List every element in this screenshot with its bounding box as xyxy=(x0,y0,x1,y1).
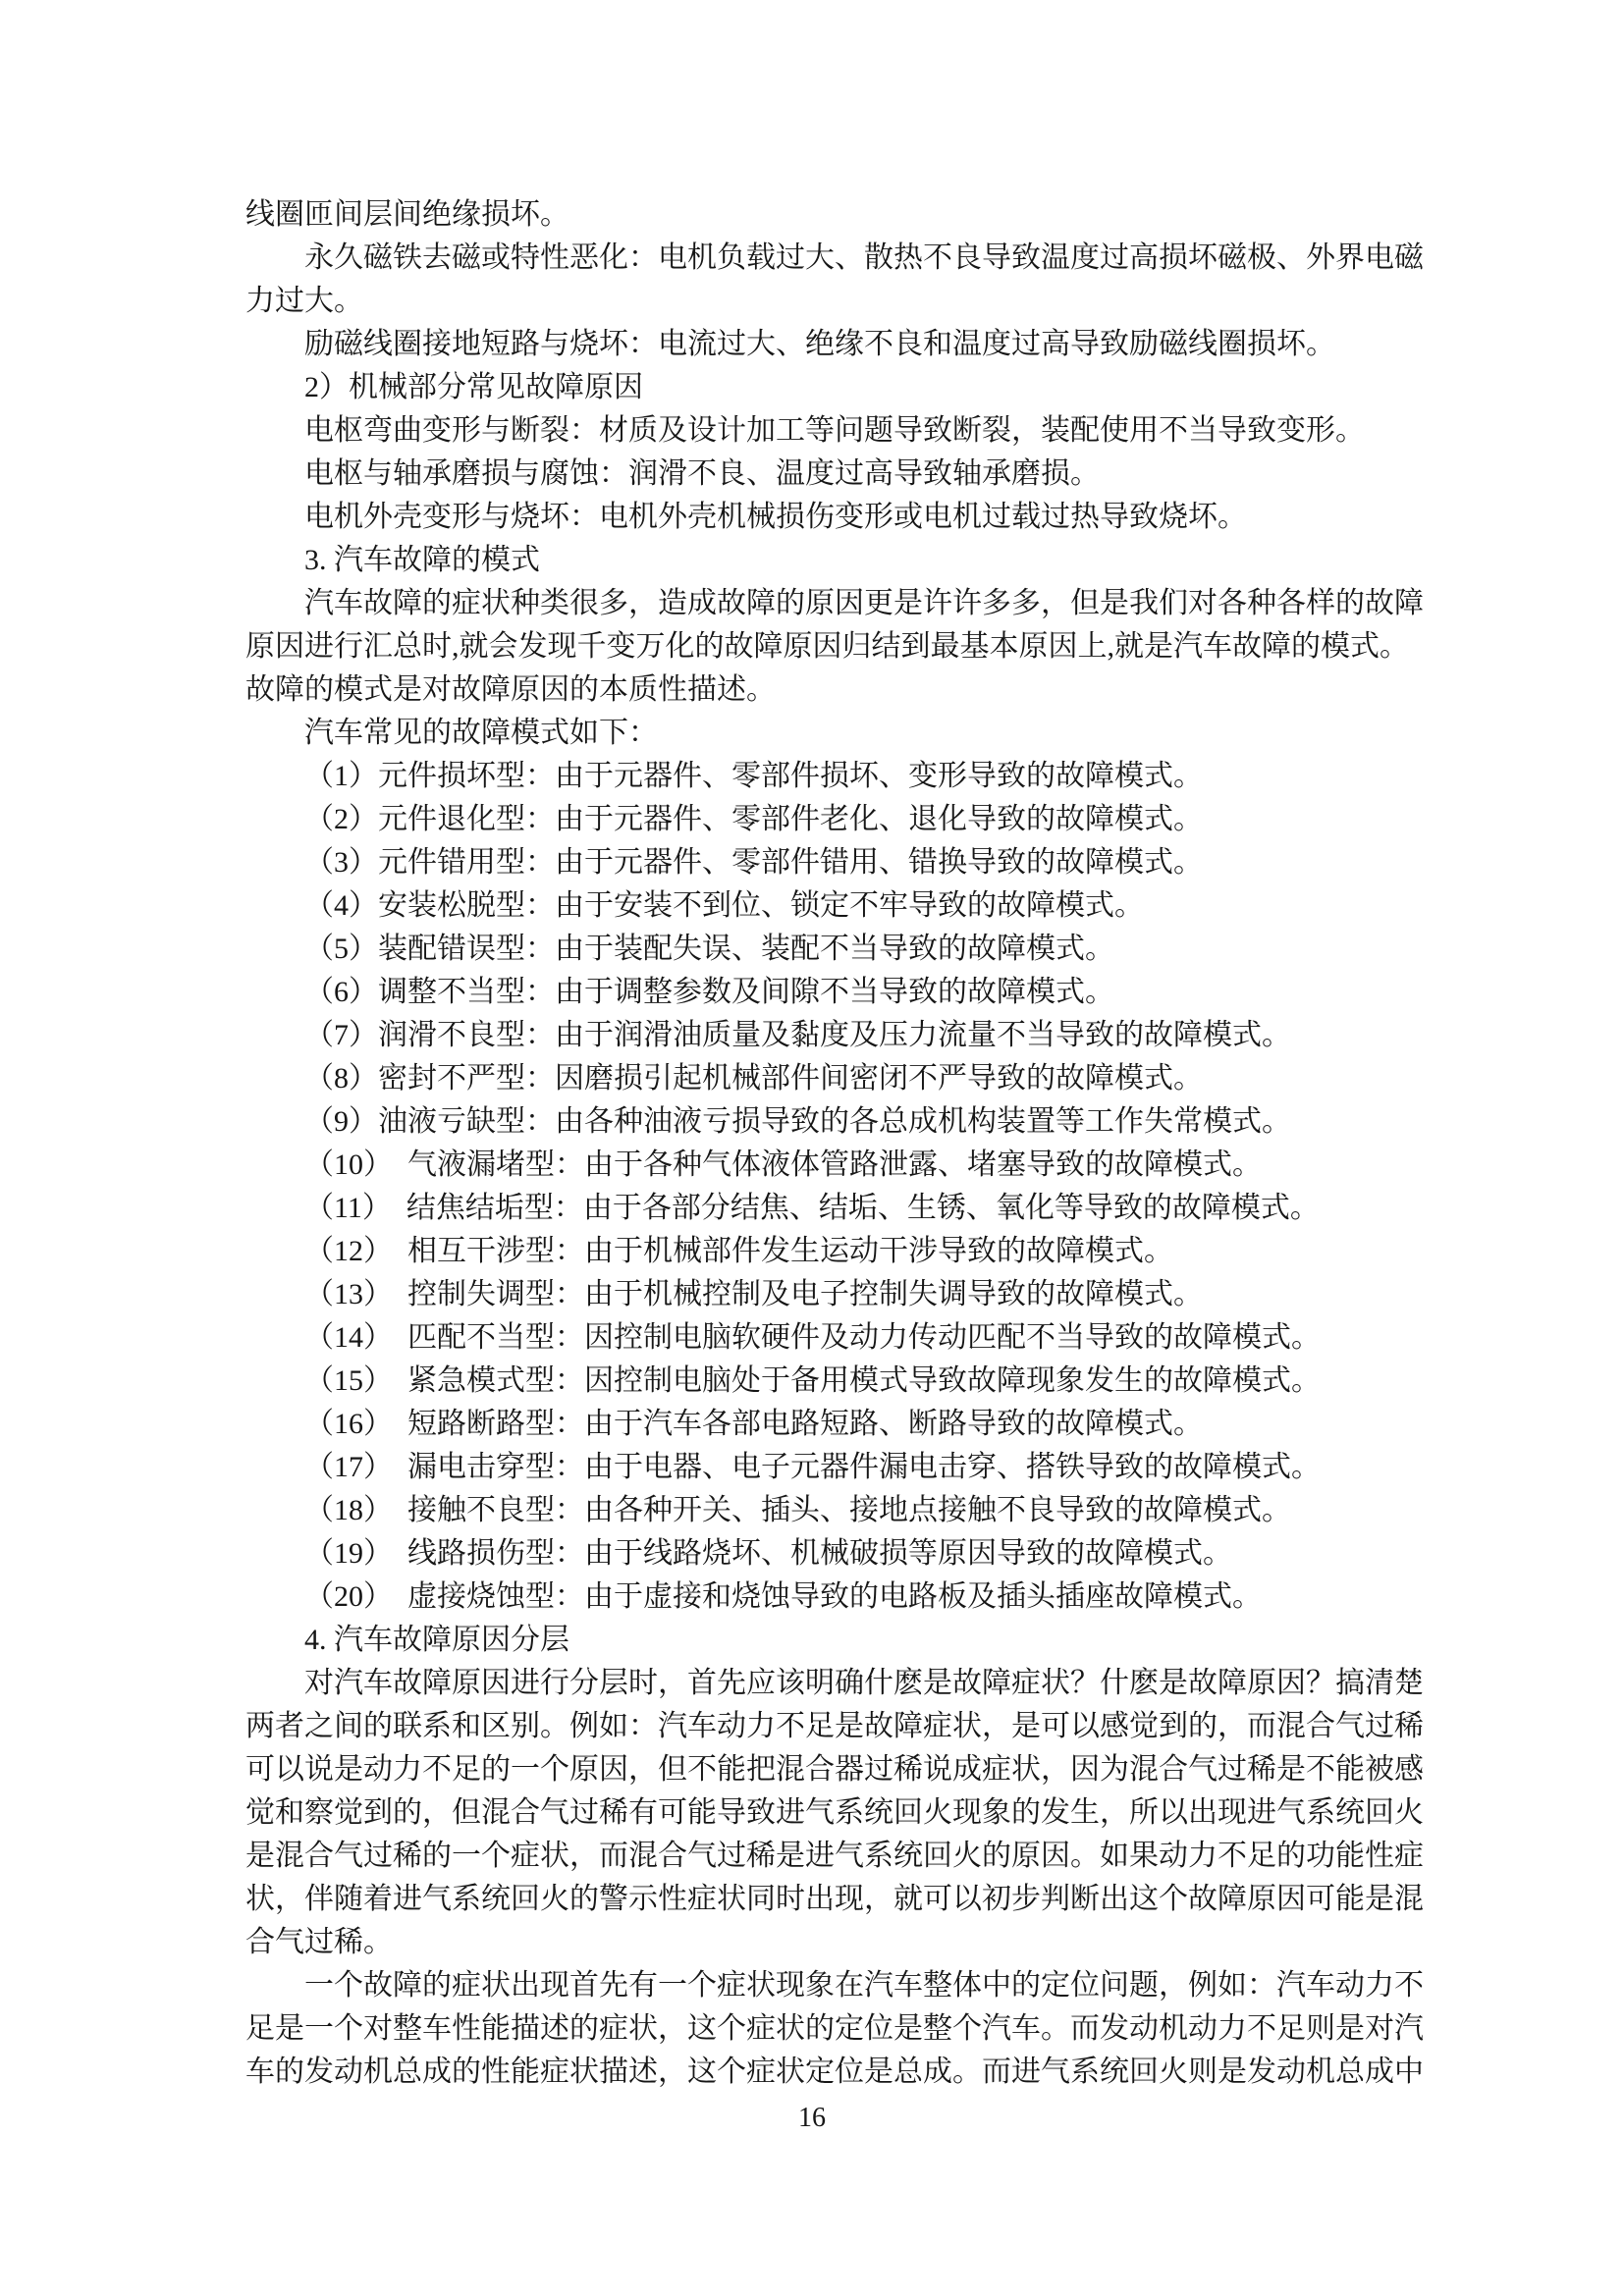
text-line: 电机外壳变形与烧坏：电机外壳机械损伤变形或电机过载过热导致烧坏。 xyxy=(245,496,1453,539)
list-item: （17） 漏电击穿型：由于电器、电子元器件漏电击穿、搭铁导致的故障模式。 xyxy=(245,1446,1453,1489)
list-item: （9）油液亏缺型：由各种油液亏损导致的各总成机构装置等工作失常模式。 xyxy=(245,1100,1453,1144)
text-line: 电枢与轴承磨损与腐蚀：润滑不良、温度过高导致轴承磨损。 xyxy=(245,453,1453,496)
text-line: 是混合气过稀的一个症状，而混合气过稀是进气系统回火的原因。如果动力不足的功能性症 xyxy=(245,1835,1453,1878)
list-item: （3）元件错用型：由于元器件、零部件错用、错换导致的故障模式。 xyxy=(245,841,1453,884)
list-item: （4）安装松脱型：由于安装不到位、锁定不牢导致的故障模式。 xyxy=(245,884,1453,928)
text-line: 车的发动机总成的性能症状描述，这个症状定位是总成。而进气系统回火则是发动机总成中 xyxy=(245,2051,1453,2094)
text-line: 一个故障的症状出现首先有一个症状现象在汽车整体中的定位问题，例如：汽车动力不 xyxy=(245,1964,1453,2007)
list-item: （6）调整不当型：由于调整参数及间隙不当导致的故障模式。 xyxy=(245,971,1453,1014)
text-line: 对汽车故障原因进行分层时，首先应该明确什麽是故障症状？什麽是故障原因？搞清楚 xyxy=(245,1662,1453,1705)
section-heading: 4. 汽车故障原因分层 xyxy=(245,1619,1453,1662)
page-number: 16 xyxy=(0,2102,1624,2135)
text-line: 原因进行汇总时,就会发现千变万化的故障原因归结到最基本原因上,就是汽车故障的模式… xyxy=(245,625,1453,668)
text-line: 故障的模式是对故障原因的本质性描述。 xyxy=(245,668,1453,712)
list-item: （2）元件退化型：由于元器件、零部件老化、退化导致的故障模式。 xyxy=(245,798,1453,841)
text-line: 合气过稀。 xyxy=(245,1921,1453,1964)
text-line: 可以说是动力不足的一个原因，但不能把混合器过稀说成症状，因为混合气过稀是不能被感 xyxy=(245,1748,1453,1791)
section-heading: 3. 汽车故障的模式 xyxy=(245,539,1453,582)
document-page: 线圈匝间层间绝缘损坏。 永久磁铁去磁或特性恶化：电机负载过大、散热不良导致温度过… xyxy=(0,0,1624,2296)
list-item: （10） 气液漏堵型：由于各种气体液体管路泄露、堵塞导致的故障模式。 xyxy=(245,1144,1453,1187)
text-line: 两者之间的联系和区别。例如：汽车动力不足是故障症状，是可以感觉到的，而混合气过稀 xyxy=(245,1705,1453,1748)
text-line: 状，伴随着进气系统回火的警示性症状同时出现，就可以初步判断出这个故障原因可能是混 xyxy=(245,1878,1453,1921)
text-line: 汽车故障的症状种类很多，造成故障的原因更是许许多多，但是我们对各种各样的故障 xyxy=(245,582,1453,625)
page-content: 线圈匝间层间绝缘损坏。 永久磁铁去磁或特性恶化：电机负载过大、散热不良导致温度过… xyxy=(245,193,1453,2094)
list-item: （12） 相互干涉型：由于机械部件发生运动干涉导致的故障模式。 xyxy=(245,1230,1453,1273)
list-item: （5）装配错误型：由于装配失误、装配不当导致的故障模式。 xyxy=(245,928,1453,971)
list-item: （8）密封不严型：因磨损引起机械部件间密闭不严导致的故障模式。 xyxy=(245,1057,1453,1100)
text-line: 电枢弯曲变形与断裂：材质及设计加工等问题导致断裂，装配使用不当导致变形。 xyxy=(245,409,1453,453)
list-item: （20） 虚接烧蚀型：由于虚接和烧蚀导致的电路板及插头插座故障模式。 xyxy=(245,1575,1453,1619)
list-item: （7）润滑不良型：由于润滑油质量及黏度及压力流量不当导致的故障模式。 xyxy=(245,1014,1453,1057)
text-line: 励磁线圈接地短路与烧坏：电流过大、绝缘不良和温度过高导致励磁线圈损坏。 xyxy=(245,323,1453,366)
text-line: 永久磁铁去磁或特性恶化：电机负载过大、散热不良导致温度过高损坏磁极、外界电磁 xyxy=(245,237,1453,280)
text-line: 觉和察觉到的，但混合气过稀有可能导致进气系统回火现象的发生，所以出现进气系统回火 xyxy=(245,1791,1453,1835)
text-line: 汽车常见的故障模式如下： xyxy=(245,712,1453,755)
list-item: （16） 短路断路型：由于汽车各部电路短路、断路导致的故障模式。 xyxy=(245,1403,1453,1446)
text-line: 足是一个对整车性能描述的症状，这个症状的定位是整个汽车。而发动机动力不足则是对汽 xyxy=(245,2007,1453,2051)
list-item: （13） 控制失调型：由于机械控制及电子控制失调导致的故障模式。 xyxy=(245,1273,1453,1316)
list-item: （15） 紧急模式型：因控制电脑处于备用模式导致故障现象发生的故障模式。 xyxy=(245,1360,1453,1403)
list-item: （18） 接触不良型：由各种开关、插头、接地点接触不良导致的故障模式。 xyxy=(245,1489,1453,1532)
list-item: （1）元件损坏型：由于元器件、零部件损坏、变形导致的故障模式。 xyxy=(245,755,1453,798)
list-item: （14） 匹配不当型：因控制电脑软硬件及动力传动匹配不当导致的故障模式。 xyxy=(245,1316,1453,1360)
list-item: （19） 线路损伤型：由于线路烧坏、机械破损等原因导致的故障模式。 xyxy=(245,1532,1453,1575)
text-line: 力过大。 xyxy=(245,280,1453,323)
list-item: （11） 结焦结垢型：由于各部分结焦、结垢、生锈、氧化等导致的故障模式。 xyxy=(245,1187,1453,1230)
text-line: 线圈匝间层间绝缘损坏。 xyxy=(245,193,1453,237)
text-line: 2）机械部分常见故障原因 xyxy=(245,366,1453,409)
